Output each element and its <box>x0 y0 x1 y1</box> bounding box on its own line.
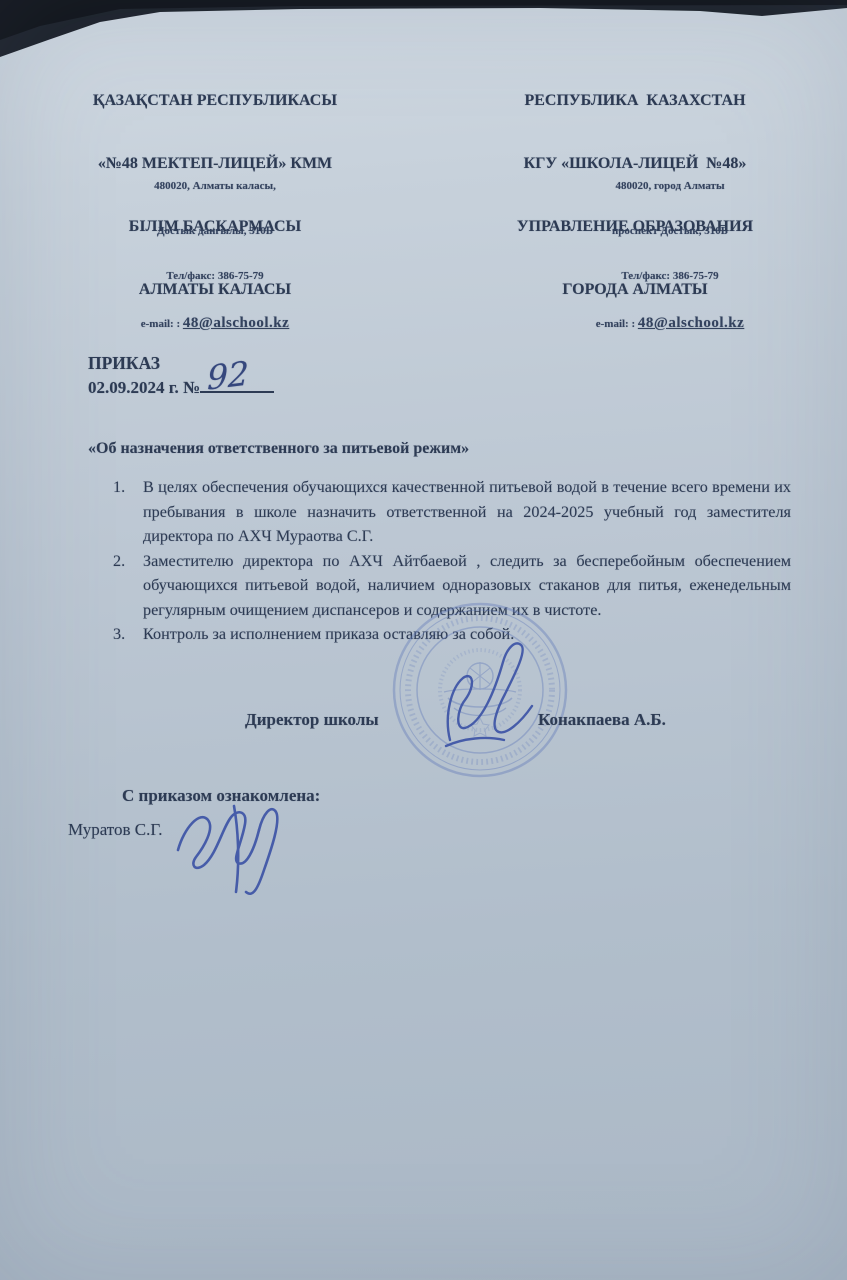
order-item-1-number: 1. <box>113 475 143 549</box>
order-subject: «Об назначения ответственного за питьево… <box>88 440 469 458</box>
addr-kk-line-2: Достык дангылы, 310Б <box>105 224 325 239</box>
email-address-ru: 48@alschool.kz <box>638 315 744 331</box>
addr-kk-line-3: Тел/факс: 386-75-79 <box>105 269 325 284</box>
email-label-ru: e-mail: : <box>596 318 638 330</box>
acknowledgement-signature <box>168 788 288 900</box>
org-ru-line-1: РЕСПУБЛИКА КАЗАХСТАН <box>470 90 800 111</box>
order-date-prefix: 02.09.2024 г. № <box>88 378 200 397</box>
order-item-2-number: 2. <box>113 549 143 623</box>
addr-ru-line-3: Тел/факс: 386-75-79 <box>555 269 785 284</box>
director-signature <box>420 628 560 760</box>
org-address-kazakh: 480020, Алматы каласы, Достык дангылы, 3… <box>105 149 325 362</box>
email-address-kk: 48@alschool.kz <box>183 315 289 331</box>
order-number-handwritten: 92 <box>207 353 249 397</box>
director-label: Директор школы <box>245 710 379 730</box>
addr-ru-line-2: проспект Достык, 310Б <box>555 224 785 239</box>
acknowledgement-name: Муратов С.Г. <box>68 820 163 840</box>
email-label-kk: e-mail: : <box>141 318 183 330</box>
org-kk-line-1: ҚАЗАҚСТАН РЕСПУБЛИКАСЫ <box>60 90 370 111</box>
org-address-russian: 480020, город Алматы проспект Достык, 31… <box>555 149 785 362</box>
order-item-1: 1. В целях обеспечения обучающихся качес… <box>113 475 791 549</box>
email-line-kk: e-mail: : 48@alschool.kz <box>105 316 325 332</box>
order-item-3-number: 3. <box>113 622 143 647</box>
scanned-paper: ҚАЗАҚСТАН РЕСПУБЛИКАСЫ «№48 МЕКТЕП-ЛИЦЕЙ… <box>0 0 847 1280</box>
addr-ru-line-1: 480020, город Алматы <box>555 179 785 194</box>
director-name: Конакпаева А.Б. <box>538 710 666 730</box>
order-item-1-text: В целях обеспечения обучающихся качестве… <box>143 475 791 549</box>
email-line-ru: e-mail: : 48@alschool.kz <box>555 316 785 332</box>
addr-kk-line-1: 480020, Алматы каласы, <box>105 179 325 194</box>
